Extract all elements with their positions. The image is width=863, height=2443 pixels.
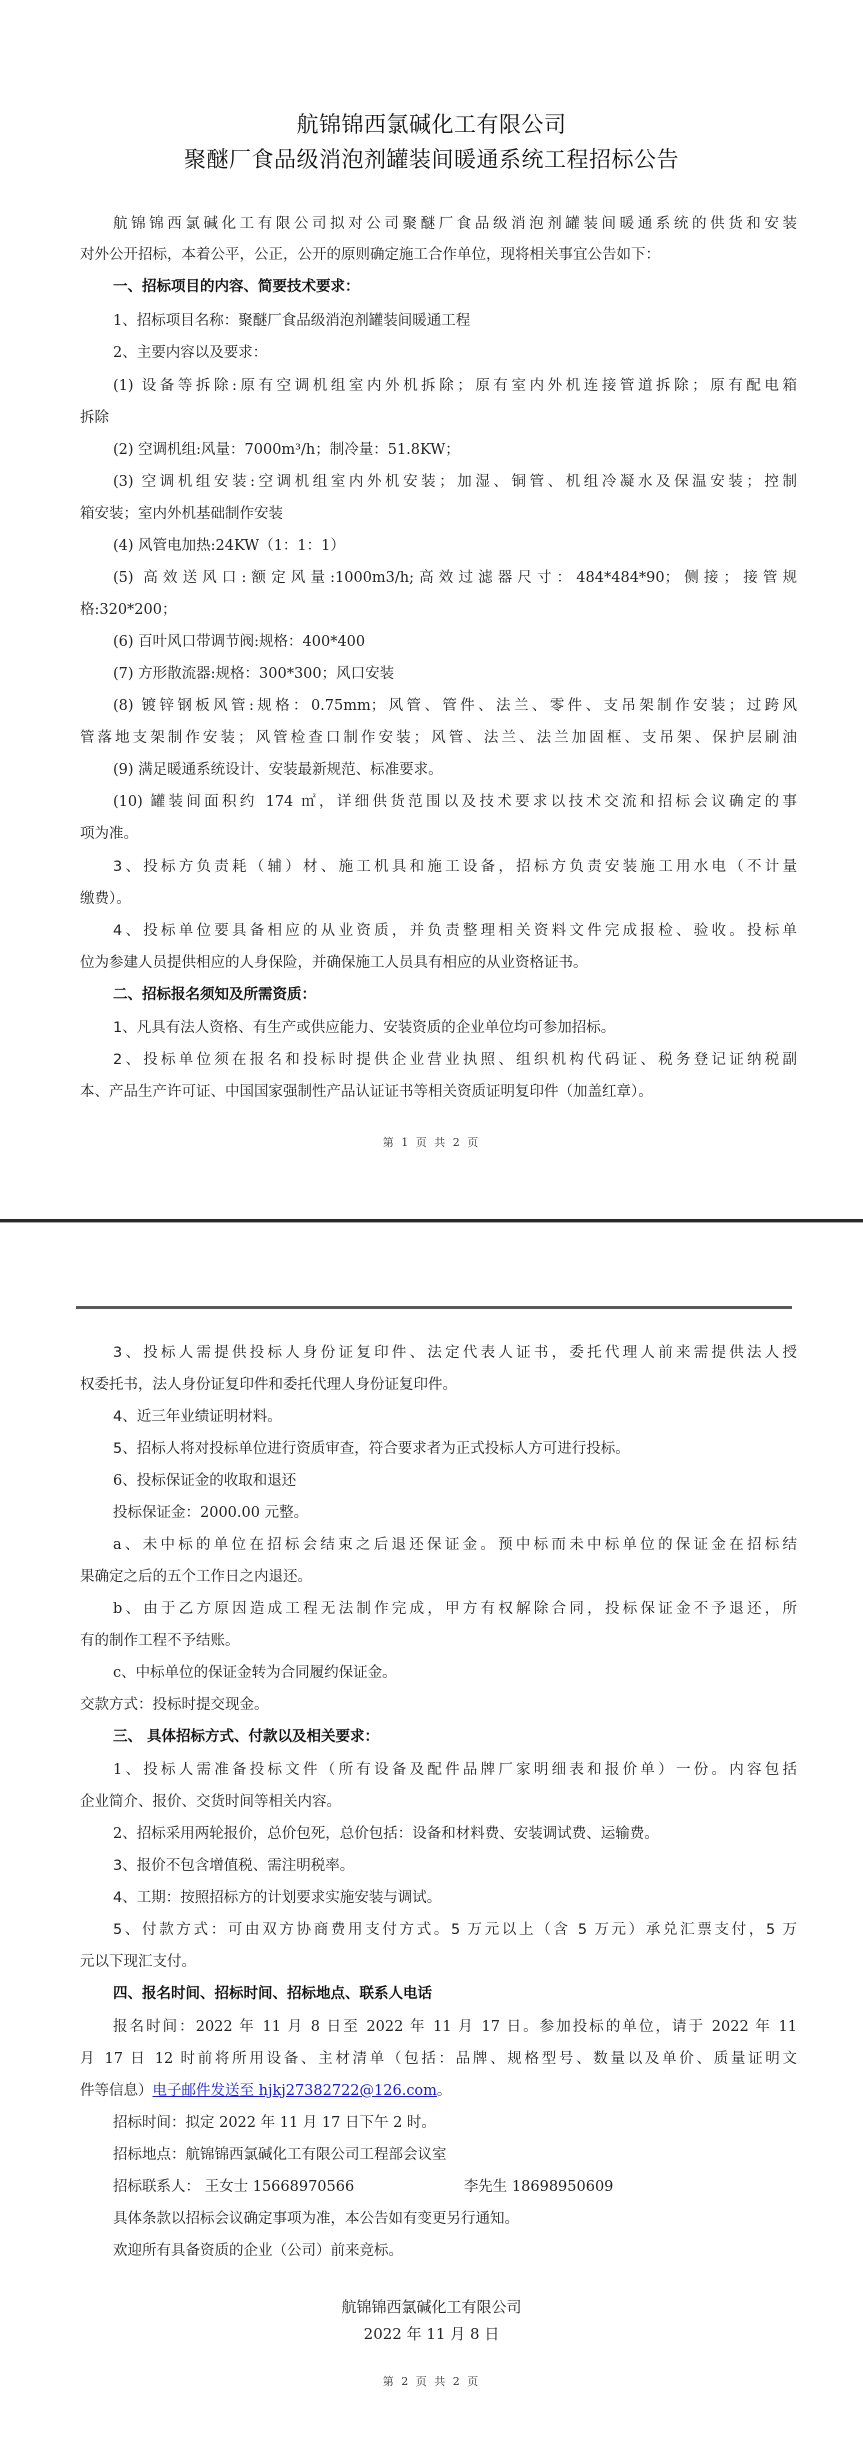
section-3-item-5-cont: 元以下现汇支付。 (80, 1952, 797, 1972)
page-footer-1: 第 1 页 共 2 页 (0, 1134, 863, 1150)
company-title: 航锦锦西氯碱化工有限公司 (0, 108, 863, 139)
welcome-note: 欢迎所有具备资质的企业（公司）前来竞标。 (113, 2241, 797, 2261)
deposit-amount: 投标保证金：2000.00 元整。 (113, 1503, 797, 1523)
section-3-heading: 三、 具体招标方式、付款以及相关要求： (113, 1727, 797, 1747)
sub-item-6: (6) 百叶风口带调节阀:规格：400*400 (113, 632, 797, 652)
section-3-item-5: 5、付款方式：可由双方协商费用支付方式。5 万元以上（含 5 万元）承兑汇票支付… (113, 1920, 797, 1940)
contact-a: 王女士 15668970566 (205, 2179, 355, 2195)
section-4-heading: 四、报名时间、招标时间、招标地点、联系人电话 (113, 1984, 797, 2004)
contact-label: 招标联系人： (113, 2179, 200, 2195)
sub-item-3-cont: 箱安装；室内外机基础制作安装 (80, 504, 797, 524)
deposit-clause-a-cont: 果确定之后的五个工作日之内退还。 (80, 1567, 797, 1587)
sub-item-5: (5) 高效送风口:额定风量:1000m3/h;高效过滤器尺寸：484*484*… (113, 568, 797, 588)
sub-item-8: (8) 镀锌钢板风管:规格：0.75mm；风管、管件、法兰、零件、支吊架制作安装… (113, 696, 797, 716)
email-link[interactable]: 电子邮件发送至 hjkj27382722@126.com (153, 2083, 437, 2099)
deposit-clause-b-cont: 有的制作工程不予结账。 (80, 1631, 797, 1651)
section-3-item-4: 4、工期：按照招标方的计划要求实施安装与调试。 (113, 1888, 797, 1908)
section-1-item-2: 2、主要内容以及要求： (113, 343, 797, 363)
registration-time: 报名时间：2022 年 11 月 8 日至 2022 年 11 月 17 日。参… (113, 2017, 797, 2037)
section-2-item-2: 2、投标单位须在报名和投标时提供企业营业执照、组织机构代码证、税务登记证纳税副 (113, 1050, 797, 1070)
contact-persons: 招标联系人： 王女士 15668970566 李先生 18698950609 (113, 2177, 797, 2197)
signature-company: 航锦锦西氯碱化工有限公司 (0, 2296, 863, 2317)
contact-b: 李先生 18698950609 (464, 2177, 614, 2197)
section-1-item-3-cont: 缴费）。 (80, 889, 797, 909)
document-title: 聚醚厂食品级消泡剂罐装间暖通系统工程招标公告 (0, 143, 863, 174)
sub-item-9: (9) 满足暖通系统设计、安装最新规范、标准要求。 (113, 760, 797, 780)
document-page-1: 航锦锦西氯碱化工有限公司 聚醚厂食品级消泡剂罐装间暖通系统工程招标公告 航锦锦西… (0, 0, 863, 1220)
section-1-heading: 一、招标项目的内容、简要技术要求： (113, 277, 797, 297)
sub-item-5-cont: 格:320*200； (80, 600, 797, 620)
sub-item-7: (7) 方形散流器:规格：300*300；风口安装 (113, 664, 797, 684)
sub-item-1-cont: 拆除 (80, 408, 797, 428)
section-1-item-3: 3、投标方负责耗（辅）材、施工机具和施工设备，招标方负责安装施工用水电（不计量 (113, 857, 797, 877)
section-3-item-3: 3、报价不包含增值税、需注明税率。 (113, 1856, 797, 1876)
signature-date: 2022 年 11 月 8 日 (0, 2323, 863, 2344)
registration-prefix: 件等信息） (80, 2083, 153, 2099)
deposit-clause-a: a、未中标的单位在招标会结束之后退还保证金。预中标而未中标单位的保证金在招标结 (113, 1535, 797, 1555)
bid-place: 招标地点：航锦锦西氯碱化工有限公司工程部会议室 (113, 2145, 797, 2165)
document-page-2: 3、投标人需提供投标人身份证复印件、法定代表人证书，委托代理人前来需提供法人授 … (0, 1223, 863, 2443)
section-2-item-6: 6、投标保证金的收取和退还 (113, 1471, 797, 1491)
deposit-clause-b: b、由于乙方原因造成工程无法制作完成，甲方有权解除合同，投标保证金不予退还，所 (113, 1599, 797, 1619)
intro-text: 航锦锦西氯碱化工有限公司拟对公司聚醚厂食品级消泡剂罐装间暖通系统的供货和安装 (113, 214, 797, 234)
section-2-item-2-cont: 本、产品生产许可证、中国国家强制性产品认证证书等相关资质证明复印件（加盖红章）。 (80, 1082, 797, 1102)
sub-item-8-cont: 管落地支架制作安装；风管检查口制作安装；风管、法兰、法兰加固框、支吊架、保护层刷… (80, 728, 797, 748)
sub-item-4: (4) 风管电加热:24KW（1：1：1） (113, 536, 797, 556)
bid-time: 招标时间：拟定 2022 年 11 月 17 日下午 2 时。 (113, 2113, 797, 2133)
terms-note: 具体条款以招标会议确定事项为准，本公告如有变更另行通知。 (113, 2209, 797, 2229)
registration-suffix: 。 (437, 2083, 452, 2099)
section-2-item-1: 1、凡具有法人资格、有生产或供应能力、安装资质的企业单位均可参加招标。 (113, 1018, 797, 1038)
section-2-item-3: 3、投标人需提供投标人身份证复印件、法定代表人证书，委托代理人前来需提供法人授 (113, 1343, 797, 1363)
deposit-clause-c: c、中标单位的保证金转为合同履约保证金。 (113, 1663, 797, 1683)
sub-item-10-cont: 项为准。 (80, 824, 797, 844)
section-1-item-4: 4、投标单位要具备相应的从业资质，并负责整理相关资料文件完成报检、验收。投标单 (113, 921, 797, 941)
sub-item-1: (1) 设备等拆除:原有空调机组室内外机拆除；原有室内外机连接管道拆除；原有配电… (113, 376, 797, 396)
sub-item-3: (3) 空调机组安装:空调机组室内外机安装；加湿、铜管、机组冷凝水及保温安装；控… (113, 472, 797, 492)
sub-item-10: (10) 罐装间面积约 174 ㎡，详细供货范围以及技术要求以技术交流和招标会议… (113, 792, 797, 812)
registration-time-cont: 月 17 日 12 时前将所用设备、主材清单（包括：品牌、规格型号、数量以及单价… (80, 2049, 797, 2069)
registration-time-cont-2: 件等信息）电子邮件发送至 hjkj27382722@126.com。 (80, 2081, 797, 2101)
page-footer-2: 第 2 页 共 2 页 (0, 2373, 863, 2389)
intro-text-cont: 对外公开招标，本着公平，公正，公开的原则确定施工合作单位，现将相关事宜公告如下： (80, 245, 797, 265)
section-1-item-4-cont: 位为参建人员提供相应的人身保险，并确保施工人员具有相应的从业资格证书。 (80, 953, 797, 973)
section-2-item-5: 5、招标人将对投标单位进行资质审查，符合要求者为正式投标人方可进行投标。 (113, 1439, 797, 1459)
section-1-item-1: 1、招标项目名称：聚醚厂食品级消泡剂罐装间暖通工程 (113, 311, 797, 331)
section-3-item-2: 2、招标采用两轮报价，总价包死，总价包括：设备和材料费、安装调试费、运输费。 (113, 1824, 797, 1844)
section-3-item-1-cont: 企业简介、报价、交货时间等相关内容。 (80, 1792, 797, 1812)
section-3-item-1: 1、投标人需准备投标文件（所有设备及配件品牌厂家明细表和报价单）一份。内容包括 (113, 1760, 797, 1780)
payment-method: 交款方式：投标时提交现金。 (80, 1695, 797, 1715)
section-2-item-3-cont: 权委托书，法人身份证复印件和委托代理人身份证复印件。 (80, 1375, 797, 1395)
sub-item-2: (2) 空调机组:风量：7000m³/h；制冷量：51.8KW； (113, 440, 797, 460)
section-2-item-4: 4、近三年业绩证明材料。 (113, 1407, 797, 1427)
section-2-heading: 二、招标报名须知及所需资质： (113, 985, 797, 1005)
